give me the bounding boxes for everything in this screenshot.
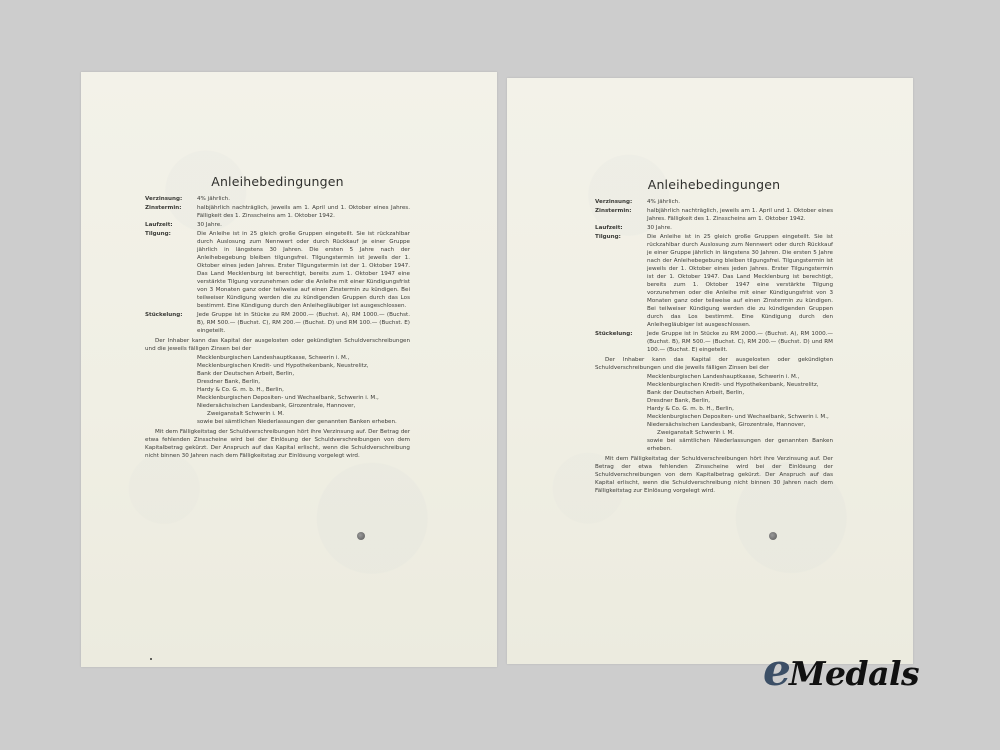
bank-item: Dresdner Bank, Berlin, bbox=[197, 378, 410, 386]
logo-prefix: e bbox=[763, 645, 789, 696]
banks-tail: sowie bei sämtlichen Niederlassungen der… bbox=[197, 418, 410, 426]
bank-item: Mecklenburgischen Depositen- und Wechsel… bbox=[197, 394, 410, 402]
term-label: Stückelung: bbox=[595, 330, 647, 354]
term-zinstermin: Zinstermin: halbjährlich nachträglich, j… bbox=[595, 207, 833, 223]
term-tilgung: Tilgung: Die Anleihe ist in 25 gleich gr… bbox=[145, 230, 410, 310]
bank-item: Bank der Deutschen Arbeit, Berlin, bbox=[197, 370, 410, 378]
paper-speck bbox=[150, 658, 152, 660]
term-laufzeit: Laufzeit: 30 Jahre. bbox=[595, 224, 833, 232]
intro-paragraph: Der Inhaber kann das Kapital der ausgelo… bbox=[145, 337, 410, 353]
term-label: Laufzeit: bbox=[145, 221, 197, 229]
bank-item: Mecklenburgischen Landeshauptkasse, Schw… bbox=[197, 354, 410, 362]
term-laufzeit: Laufzeit: 30 Jahre. bbox=[145, 221, 410, 229]
term-text: halbjährlich nachträglich, jeweils am 1.… bbox=[647, 207, 833, 223]
logo-name: Medals bbox=[789, 654, 919, 693]
term-text: 4% jährlich. bbox=[647, 198, 833, 206]
term-zinstermin: Zinstermin: halbjährlich nachträglich, j… bbox=[145, 204, 410, 220]
bank-item: Hardy & Co. G. m. b. H., Berlin, bbox=[647, 405, 833, 413]
term-label: Verzinsung: bbox=[595, 198, 647, 206]
emedals-logo: eMedals bbox=[763, 653, 919, 692]
bond-page-right: Anleihebedingungen Verzinsung: 4% jährli… bbox=[507, 78, 913, 664]
bond-terms-block: Anleihebedingungen Verzinsung: 4% jährli… bbox=[145, 174, 410, 460]
bond-terms-block: Anleihebedingungen Verzinsung: 4% jährli… bbox=[595, 177, 833, 495]
term-verzinsung: Verzinsung: 4% jährlich. bbox=[145, 195, 410, 203]
term-text: 30 Jahre. bbox=[647, 224, 833, 232]
term-tilgung: Tilgung: Die Anleihe ist in 25 gleich gr… bbox=[595, 233, 833, 329]
bank-list: Mecklenburgischen Landeshauptkasse, Schw… bbox=[595, 373, 833, 453]
bank-item: Mecklenburgischen Landeshauptkasse, Schw… bbox=[647, 373, 833, 381]
bank-item: Niedersächsischen Landesbank, Girozentra… bbox=[647, 421, 833, 429]
bank-item: Niedersächsischen Landesbank, Girozentra… bbox=[197, 402, 410, 410]
term-text: Die Anleihe ist in 25 gleich große Grupp… bbox=[197, 230, 410, 310]
term-label: Verzinsung: bbox=[145, 195, 197, 203]
term-label: Tilgung: bbox=[145, 230, 197, 310]
term-stueckelung: Stückelung: Jede Gruppe ist in Stücke zu… bbox=[595, 330, 833, 354]
term-label: Zinstermin: bbox=[595, 207, 647, 223]
term-text: Die Anleihe ist in 25 gleich große Grupp… bbox=[647, 233, 833, 329]
term-verzinsung: Verzinsung: 4% jährlich. bbox=[595, 198, 833, 206]
bank-item: Mecklenburgischen Depositen- und Wechsel… bbox=[647, 413, 833, 421]
term-label: Tilgung: bbox=[595, 233, 647, 329]
bank-item: Mecklenburgischen Kredit- und Hypotheken… bbox=[197, 362, 410, 370]
closing-paragraph: Mit dem Fälligkeitstag der Schuldverschr… bbox=[595, 455, 833, 495]
bank-item: Bank der Deutschen Arbeit, Berlin, bbox=[647, 389, 833, 397]
bond-page-left: Anleihebedingungen Verzinsung: 4% jährli… bbox=[81, 72, 497, 667]
punch-hole bbox=[357, 532, 365, 540]
bank-item: Zweiganstalt Schwerin i. M. bbox=[197, 410, 410, 418]
term-text: Jede Gruppe ist in Stücke zu RM 2000.— (… bbox=[197, 311, 410, 335]
bank-item: Zweiganstalt Schwerin i. M. bbox=[647, 429, 833, 437]
bank-item: Mecklenburgischen Kredit- und Hypotheken… bbox=[647, 381, 833, 389]
term-text: Jede Gruppe ist in Stücke zu RM 2000.— (… bbox=[647, 330, 833, 354]
punch-hole bbox=[769, 532, 777, 540]
document-title: Anleihebedingungen bbox=[145, 174, 410, 190]
banks-tail: sowie bei sämtlichen Niederlassungen der… bbox=[647, 437, 833, 453]
term-label: Zinstermin: bbox=[145, 204, 197, 220]
bank-item: Dresdner Bank, Berlin, bbox=[647, 397, 833, 405]
bank-item: Hardy & Co. G. m. b. H., Berlin, bbox=[197, 386, 410, 394]
term-text: halbjährlich nachträglich, jeweils am 1.… bbox=[197, 204, 410, 220]
term-text: 30 Jahre. bbox=[197, 221, 410, 229]
term-stueckelung: Stückelung: Jede Gruppe ist in Stücke zu… bbox=[145, 311, 410, 335]
closing-paragraph: Mit dem Fälligkeitstag der Schuldverschr… bbox=[145, 428, 410, 460]
term-text: 4% jährlich. bbox=[197, 195, 410, 203]
bank-list: Mecklenburgischen Landeshauptkasse, Schw… bbox=[145, 354, 410, 426]
term-label: Laufzeit: bbox=[595, 224, 647, 232]
term-label: Stückelung: bbox=[145, 311, 197, 335]
intro-paragraph: Der Inhaber kann das Kapital der ausgelo… bbox=[595, 356, 833, 372]
document-title: Anleihebedingungen bbox=[595, 177, 833, 193]
